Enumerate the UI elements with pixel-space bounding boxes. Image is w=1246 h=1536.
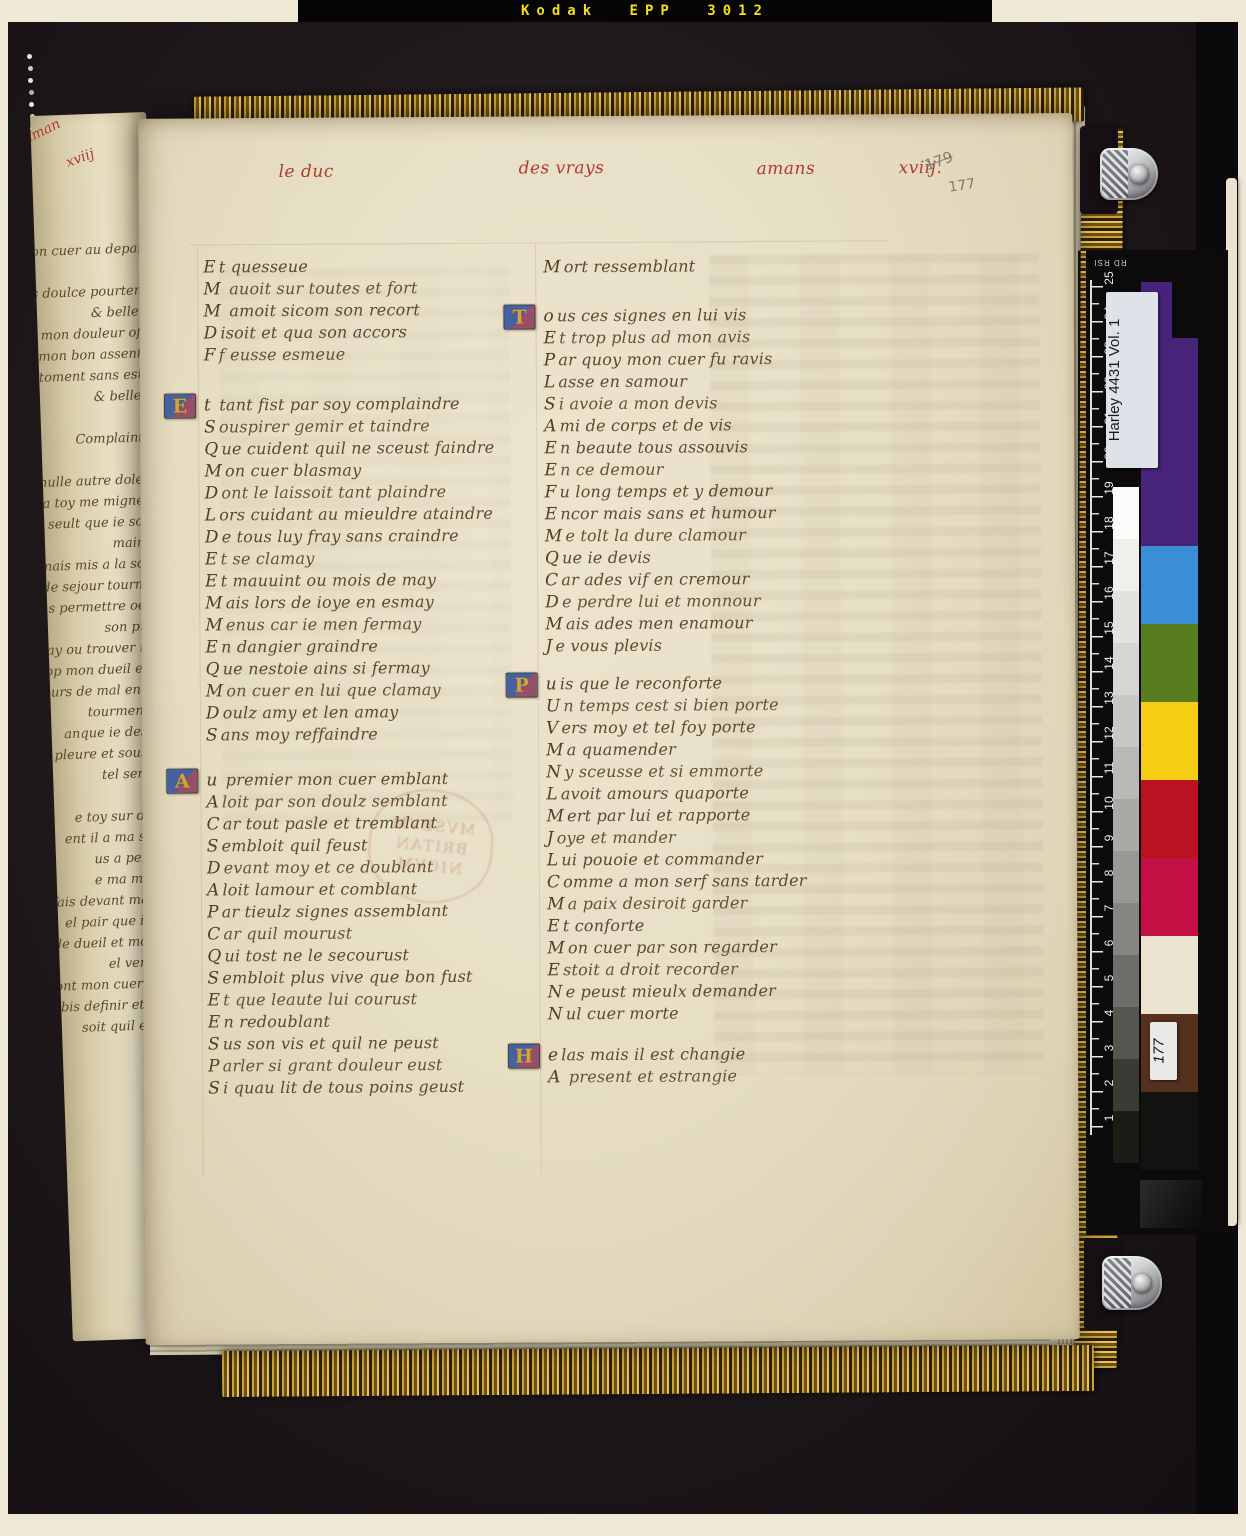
verse-line: Je vous plevis (545, 633, 865, 657)
ruler-end-label: RD RSI (1088, 258, 1132, 267)
verse-line: Et se clamay (205, 547, 525, 571)
page-clip-bottom (1102, 1256, 1162, 1310)
verse-line: t tant fist par soy complaindre (204, 393, 524, 417)
folio-number: 177 (948, 176, 977, 196)
stanza-lines: uis que le reconforteUn temps cest si bi… (546, 671, 868, 1025)
verse-line: Ff eusse esmeue (204, 343, 524, 367)
color-patch-cream (1141, 936, 1198, 1014)
verse-line: Me tolt la dure clamour (545, 523, 865, 547)
verse-line: Disoit et qua son accors (204, 321, 524, 345)
running-title-part: amans (757, 159, 816, 179)
folio-sticker: 177 (1150, 1022, 1177, 1080)
stanza-lines: ous ces signes en lui visEt trop plus ad… (543, 303, 865, 657)
verse-line: De perdre lui et monnour (545, 589, 865, 613)
grayscale-step (1113, 643, 1139, 695)
verse-line: M amoit sicom son recort (203, 299, 523, 323)
grayscale-step (1113, 1007, 1139, 1059)
verse-line: Et conforte (547, 913, 867, 937)
ruling-line (189, 240, 889, 245)
color-patch-crimson (1141, 858, 1198, 936)
verse-line: elas mais il est changie (548, 1042, 868, 1066)
ruler-number: 25 (1102, 267, 1118, 289)
verse-line: Par quoy mon cuer fu ravis (544, 347, 864, 371)
stanza-lines: Et quesseueM auoit sur toutes et fortM a… (203, 255, 524, 367)
clip-grip-ridges (1104, 1258, 1131, 1308)
verse-line: Estoit a droit recorder (547, 957, 867, 981)
grayscale-step (1113, 1111, 1139, 1163)
ruling-line (197, 247, 204, 1177)
verse-line: Mort ressemblant (543, 254, 863, 278)
manuscript-page: le duc des vrays amans xviij. 179 177 MV… (138, 113, 1079, 1345)
verse-line: Ami de corps et de vis (544, 413, 864, 437)
verse-line: A present et estrangie (548, 1064, 868, 1088)
verse-line: Si quau lit de tous poins geust (208, 1076, 528, 1100)
verse-line: u premier mon cuer emblant (206, 768, 526, 792)
verse-line: Lors cuidant au mieuldre ataindre (205, 503, 525, 527)
stanza-lines: elas mais il est changieA present et est… (548, 1042, 868, 1088)
verse-line: Vers moy et tel foy porte (546, 715, 866, 739)
illuminated-initial: E (164, 394, 196, 419)
manuscript-photo: Kodak EPP 3012 aman xviij en dort mon cu… (0, 0, 1246, 1536)
verse-line: En beaute tous assouvis (544, 435, 864, 459)
grayscale-step (1113, 799, 1139, 851)
stanza: E t tant fist par soy complaindreSouspir… (204, 393, 526, 747)
stanza: Et quesseueM auoit sur toutes et fortM a… (203, 255, 524, 367)
verse-line: Mais lors de ioye en esmay (205, 591, 525, 615)
stanza: T ous ces signes en lui visEt trop plus … (543, 303, 865, 657)
verse-line: Mert par lui et rapporte (546, 803, 866, 827)
verse-line: Fu long temps et y demour (544, 479, 864, 503)
verse-line: Que nestoie ains si fermay (206, 657, 526, 681)
grayscale-step (1113, 695, 1139, 747)
verse-line: Car quil mourust (207, 922, 527, 946)
verse-line: Sans moy reffaindre (206, 723, 526, 747)
text-column-a: Et quesseueM auoit sur toutes et fortM a… (203, 255, 528, 1100)
clip-rivet (1132, 1273, 1152, 1293)
grayscale-step (1113, 591, 1139, 643)
grayscale-step (1113, 539, 1139, 591)
verse-line: Menus car ie men fermay (205, 613, 525, 637)
verse-line: Devant moy et ce doublant (207, 856, 527, 880)
film-label: Kodak EPP 3012 (521, 3, 769, 19)
verse-line: Lavoit amours quaporte (546, 781, 866, 805)
stanza-lines: u premier mon cuer emblantAloit par son … (206, 768, 528, 1100)
verse-line: Ny sceusse et si emmorte (546, 759, 866, 783)
grayscale-step (1113, 487, 1139, 539)
stanza: P uis que le reconforteUn temps cest si … (546, 671, 868, 1025)
verse-line: Et quesseue (203, 255, 523, 279)
verse-line: Mon cuer en lui que clamay (206, 679, 526, 703)
verse-line: Ne peust mieulx demander (548, 979, 868, 1003)
verse-line: Sembloit quil feust (207, 834, 527, 858)
verse-line: Un temps cest si bien porte (546, 693, 866, 717)
grayscale-step (1113, 955, 1139, 1007)
film-label-bar: Kodak EPP 3012 (298, 0, 992, 22)
verse-line: Comme a mon serf sans tarder (547, 869, 867, 893)
illuminated-initial: P (506, 672, 538, 697)
verse-line: Car ades vif en cremour (545, 567, 865, 591)
gilt-bottom-edge (222, 1345, 1094, 1397)
verse-line: Mon cuer par son regarder (547, 935, 867, 959)
verse-line: Aloit par son doulz semblant (206, 790, 526, 814)
verse-line: Aloit lamour et comblant (207, 878, 527, 902)
color-bar-notch (1172, 282, 1198, 338)
verse-line: Dont le laissoit tant plaindre (204, 481, 524, 505)
text-column-b: Mort ressemblant T ous ces signes en lui… (543, 254, 868, 1088)
shelfmark-label: Harley 4431 Vol. 1 (1106, 292, 1158, 468)
facing-running-title-fragment: aman (30, 116, 63, 147)
verse-line: En dangier graindre (205, 635, 525, 659)
grayscale-wedge (1113, 487, 1139, 1163)
stanza-lines: t tant fist par soy complaindreSouspirer… (204, 393, 526, 747)
verse-line: Lui pouoie et commander (547, 847, 867, 871)
verse-line: Encor mais sans et humour (545, 501, 865, 525)
verse-line: Si avoie a mon devis (544, 391, 864, 415)
verse-line: Et que leaute lui courust (208, 988, 528, 1012)
verse-line: Et mauuint ou mois de may (205, 569, 525, 593)
verse-line: Que cuident quil ne sceust faindre (204, 437, 524, 461)
verse-line: Ma quamender (546, 737, 866, 761)
verse-line: Qui tost ne le secourust (207, 944, 527, 968)
calibration-target: 2524232221201918171615141312111098765432… (1086, 250, 1228, 1235)
ruling-line (535, 244, 542, 1174)
color-patch-yellow (1141, 702, 1198, 780)
verse-line: M auoit sur toutes et fort (203, 277, 523, 301)
verse-line: Que ie devis (545, 545, 865, 569)
illuminated-initial: H (508, 1043, 540, 1068)
facing-chapter-numeral: xviij (64, 146, 97, 171)
verse-line: Ma paix desiroit garder (547, 891, 867, 915)
stanza-lines: Mort ressemblant (543, 254, 863, 278)
illuminated-initial: A (166, 769, 198, 794)
verse-line: Sembloit plus vive que bon fust (207, 966, 527, 990)
stanza: A u premier mon cuer emblantAloit par so… (206, 768, 528, 1100)
grayscale-step (1113, 1059, 1139, 1111)
verse-line: Nul cuer morte (548, 1001, 868, 1025)
illuminated-initial: T (503, 304, 535, 329)
running-title-part: des vrays (519, 158, 605, 179)
color-patch-black (1141, 1092, 1198, 1170)
target-reflection (1140, 1180, 1202, 1228)
verse-line: Mais ades men enamour (545, 611, 865, 635)
clip-rivet (1129, 164, 1149, 184)
verse-line: En ce demour (544, 457, 864, 481)
running-title-part: le duc (279, 162, 334, 182)
verse-line: Doulz amy et len amay (206, 701, 526, 725)
folio-sticker-text: 177 (1150, 1022, 1177, 1080)
shelfmark-text: Harley 4431 Vol. 1 (1106, 292, 1158, 468)
verse-line: Souspirer gemir et taindre (204, 415, 524, 439)
verse-line: ous ces signes en lui vis (543, 303, 863, 327)
verse-line: Sus son vis et quil ne peust (208, 1032, 528, 1056)
color-patch-blue (1141, 546, 1198, 624)
grayscale-step (1113, 851, 1139, 903)
verse-line: En redoublant (208, 1010, 528, 1034)
grayscale-step (1113, 903, 1139, 955)
clip-grip-ridges (1102, 150, 1128, 198)
verse-line: Par tieulz signes assemblant (207, 900, 527, 924)
verse-line: Et trop plus ad mon avis (544, 325, 864, 349)
stanza: Mort ressemblant (543, 254, 863, 278)
verse-line: uis que le reconforte (546, 671, 866, 695)
page-clip-top (1100, 148, 1158, 200)
verse-line: Car tout pasle et tremblant (207, 812, 527, 836)
verse-line: Parler si grant douleur eust (208, 1054, 528, 1078)
color-patch-red (1141, 780, 1198, 858)
folio-number-crossed: 179 (922, 148, 955, 175)
grayscale-step (1113, 747, 1139, 799)
verse-line: De tous luy fray sans craindre (205, 525, 525, 549)
stanza: H elas mais il est changieA present et e… (548, 1042, 868, 1088)
color-patch-green (1141, 624, 1198, 702)
verse-line: Joye et mander (547, 825, 867, 849)
verse-line: Mon cuer blasmay (204, 459, 524, 483)
verse-line: Lasse en samour (544, 369, 864, 393)
